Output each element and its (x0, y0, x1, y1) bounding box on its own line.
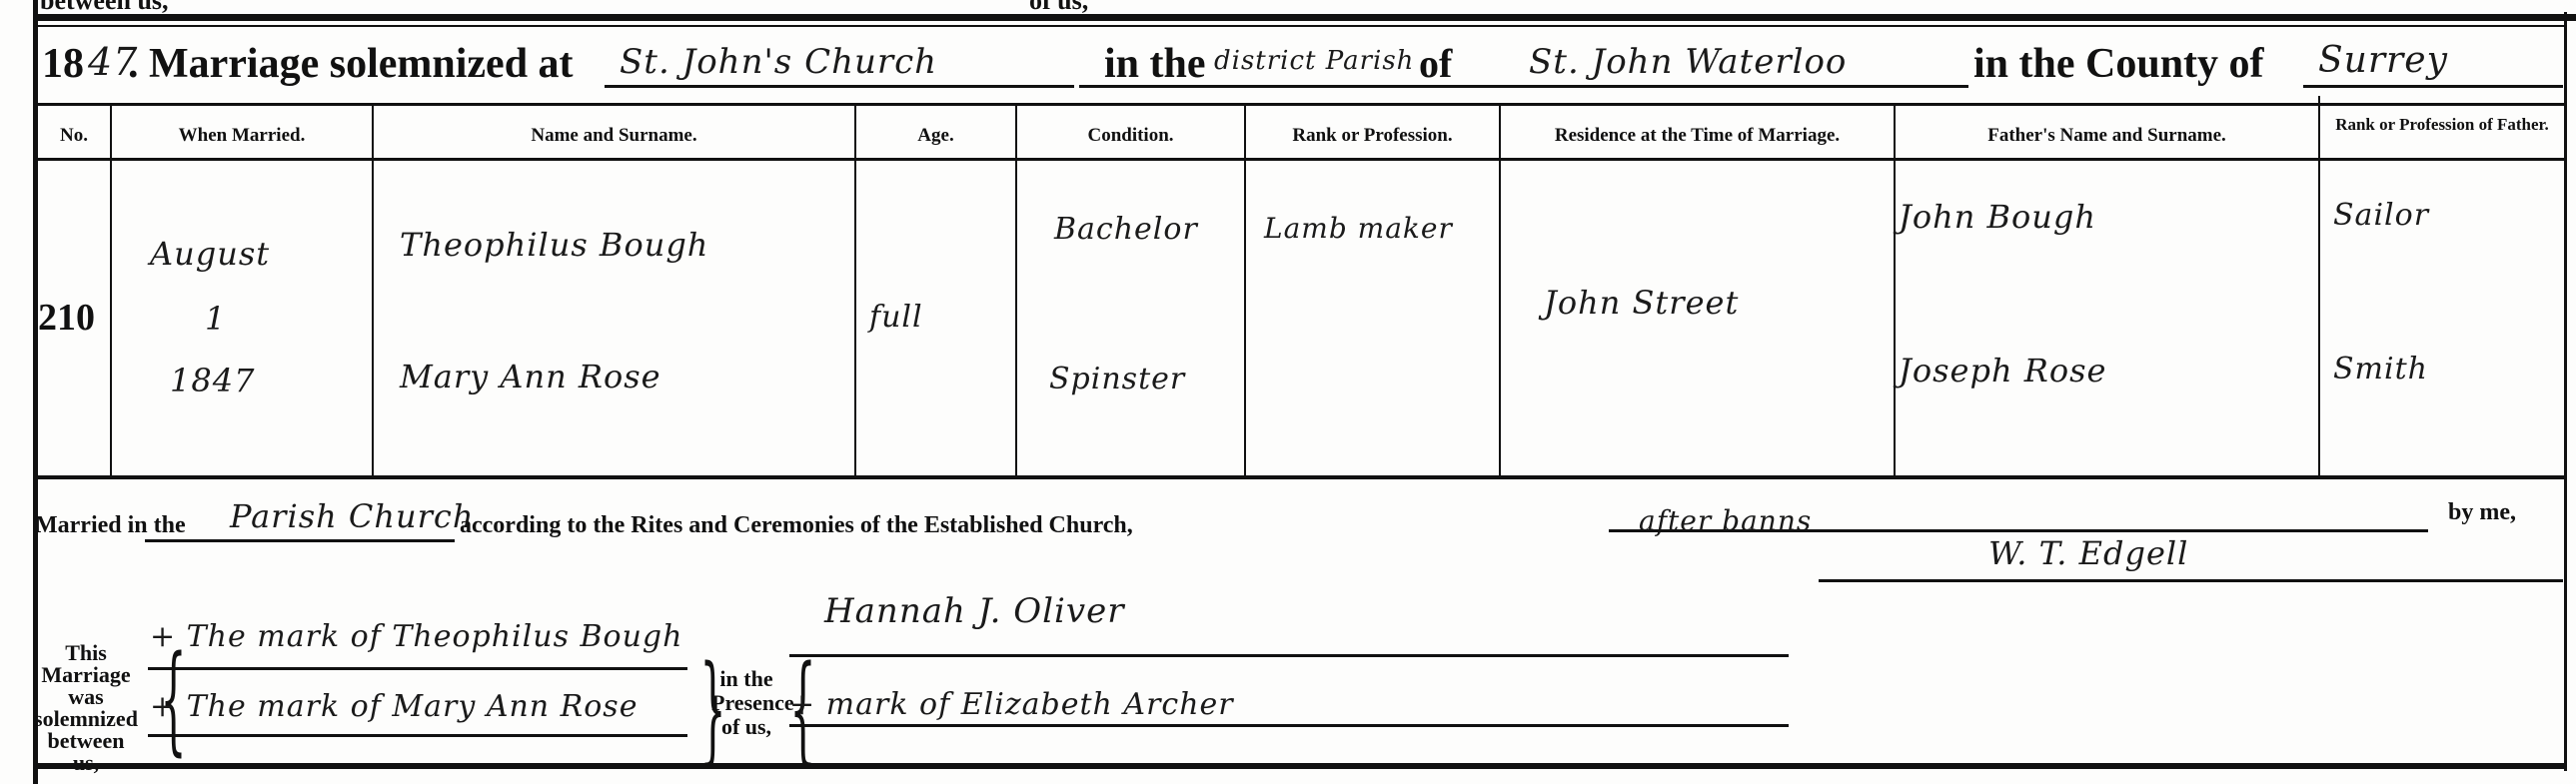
bride-signature-mark: + The mark of Mary Ann Rose (150, 689, 638, 724)
bottom-thick-rule (33, 763, 2566, 769)
header-top-rule (33, 103, 2566, 106)
top-thin-rule (33, 25, 2566, 27)
groom-rank: Lamb maker (1264, 212, 1453, 245)
table-bottom-rule (33, 475, 2566, 479)
entry-number: 210 (38, 296, 95, 340)
column-header-father-name: Father's Name and Surname. (1896, 112, 2318, 160)
title-year-prefix: 18 (42, 40, 84, 88)
officiant-signature: W. T. Edgell (1988, 534, 2188, 572)
title-county-fill-line (2303, 85, 2563, 88)
bride-father-name: Joseph Rose (1899, 352, 2106, 390)
by-what-fill-line (1609, 529, 2428, 532)
presence-label: in the Presence of us, (711, 667, 781, 739)
witness-2-signature: + mark of Elizabeth Archer (789, 687, 1234, 722)
when-married-day: 1 (205, 300, 226, 338)
groom-father-name: John Bough (1899, 198, 2096, 236)
age-value: full (869, 300, 923, 335)
witness-2-line (789, 724, 1789, 727)
groom-signature-mark: + The mark of Theophilus Bough (150, 619, 682, 654)
title-county-label: in the County of (1973, 40, 2264, 88)
presence-label-line-2: Presence (711, 691, 781, 715)
right-border (2564, 12, 2567, 771)
when-married-year: 1847 (170, 362, 255, 399)
groom-father-rank: Sailor (2333, 198, 2429, 233)
column-header-age: Age. (856, 112, 1015, 160)
bride-condition: Spinster (1049, 362, 1185, 396)
bride-signature-line (148, 734, 687, 737)
column-header-name: Name and Surname. (374, 112, 854, 160)
presence-label-line-3: of us, (711, 715, 781, 739)
title-parish-fill-line (1079, 85, 1968, 88)
title-in-the-label: in the (1104, 40, 1206, 88)
witness-1-signature: Hannah J. Oliver (824, 591, 1125, 631)
married-place-fill-line (145, 539, 455, 542)
title-parish: St. John Waterloo (1529, 42, 1847, 82)
title-church: St. John's Church (620, 42, 937, 82)
groom-name: Theophilus Bough (400, 226, 708, 264)
rites-label: according to the Rites and Ceremonies of… (460, 512, 1133, 539)
when-married-month: August (150, 235, 270, 273)
presence-label-line-1: in the (711, 667, 781, 691)
title-district: district Parish (1214, 46, 1414, 76)
column-header-residence: Residence at the Time of Marriage. (1501, 112, 1894, 160)
title-of-label: of (1419, 40, 1452, 87)
title-county: Surrey (2318, 40, 2448, 81)
by-what-value: after banns (1639, 504, 1812, 537)
officiant-fill-line (1819, 579, 2563, 582)
column-header-no: No. (38, 112, 110, 160)
bride-father-rank: Smith (2333, 352, 2428, 387)
column-header-rank: Rank or Profession. (1246, 112, 1499, 160)
married-in-the-label: Married in the (35, 512, 186, 539)
solemnized-label-line-2: was (32, 686, 140, 708)
title-church-fill-line (605, 85, 1074, 88)
column-header-when-married: When Married. (112, 112, 372, 160)
groom-condition: Bachelor (1054, 212, 1198, 247)
column-header-condition: Condition. (1017, 112, 1244, 160)
bride-name: Mary Ann Rose (400, 358, 661, 395)
witness-1-line (789, 654, 1789, 657)
groom-signature-line (148, 667, 687, 670)
solemnized-label-line-3: solemnized (32, 708, 140, 730)
married-place: Parish Church (230, 497, 474, 535)
residence-value: John Street (1544, 284, 1739, 322)
column-header-father-rank: Rank or Profession of Father. (2320, 92, 2564, 158)
title-marriage-solemnized-label: . Marriage solemnized at (128, 40, 574, 88)
marriage-register-page: between us, of us, 18 47 . Marriage sole… (0, 0, 2576, 784)
solemnized-label-line-1: This Marriage (32, 642, 140, 686)
solemnized-label: This Marriage was solemnized between us, (32, 642, 140, 774)
top-thick-rule (33, 14, 2576, 21)
by-me-label: by me, (2448, 499, 2516, 526)
